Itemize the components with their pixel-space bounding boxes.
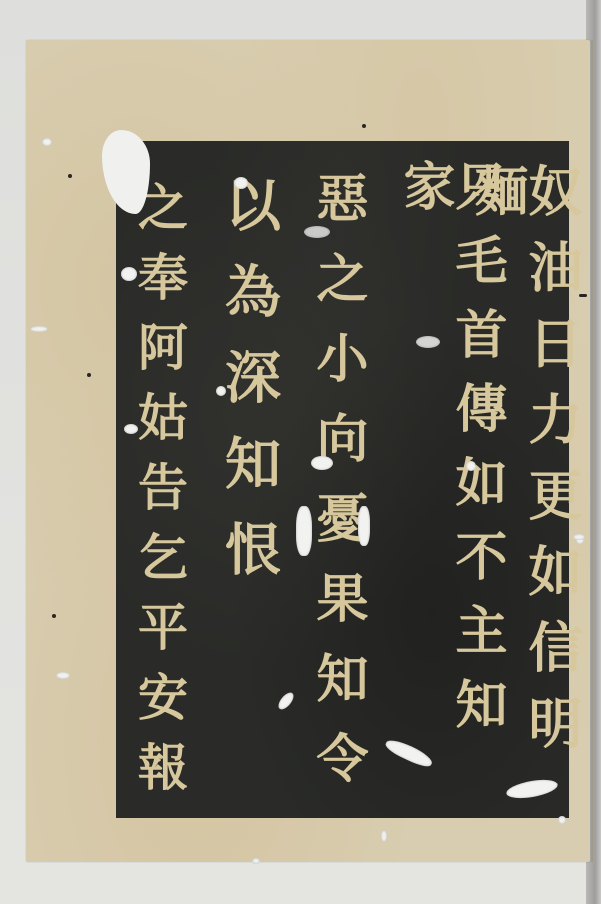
worm-hole	[416, 336, 440, 348]
ink-speck	[68, 174, 72, 178]
worm-hole	[124, 424, 138, 434]
book-page: 奴油日力更如信明麵 只毛首傳如不主知家 惡之小向憂果知令 以為深知恨 之奉阿姑告…	[26, 40, 590, 862]
calligraphy-column-4: 以為深知恨	[221, 176, 277, 606]
worm-hole	[252, 858, 260, 864]
worm-hole	[42, 138, 52, 146]
calligraphy-column-2: 只毛首傳如不主知家	[398, 159, 502, 818]
ink-speck	[87, 373, 91, 377]
calligraphy-column-5: 之奉阿姑告乞平安報	[134, 181, 184, 811]
worm-hole	[304, 226, 330, 238]
worm-hole	[56, 672, 70, 679]
ink-speck	[362, 124, 366, 128]
worm-hole	[311, 456, 333, 470]
worm-hole	[381, 830, 387, 842]
ink-speck	[579, 294, 587, 297]
calligraphy-column-3: 惡之小向憂果知令	[311, 171, 363, 811]
worm-hole	[276, 690, 297, 712]
worm-hole	[466, 461, 476, 471]
rubbing-panel: 奴油日力更如信明麵 只毛首傳如不主知家 惡之小向憂果知令 以為深知恨 之奉阿姑告…	[116, 141, 569, 818]
worm-hole	[358, 506, 370, 546]
worm-hole	[30, 326, 48, 332]
page-fold-line	[591, 40, 593, 862]
worm-hole	[296, 506, 312, 556]
ink-speck	[455, 806, 459, 810]
ink-speck	[52, 614, 56, 618]
worm-hole	[234, 177, 248, 189]
worm-hole	[573, 534, 585, 540]
worm-hole	[558, 816, 566, 824]
worm-hole	[121, 267, 137, 281]
worm-hole	[216, 386, 226, 396]
paper-tear	[102, 130, 150, 214]
